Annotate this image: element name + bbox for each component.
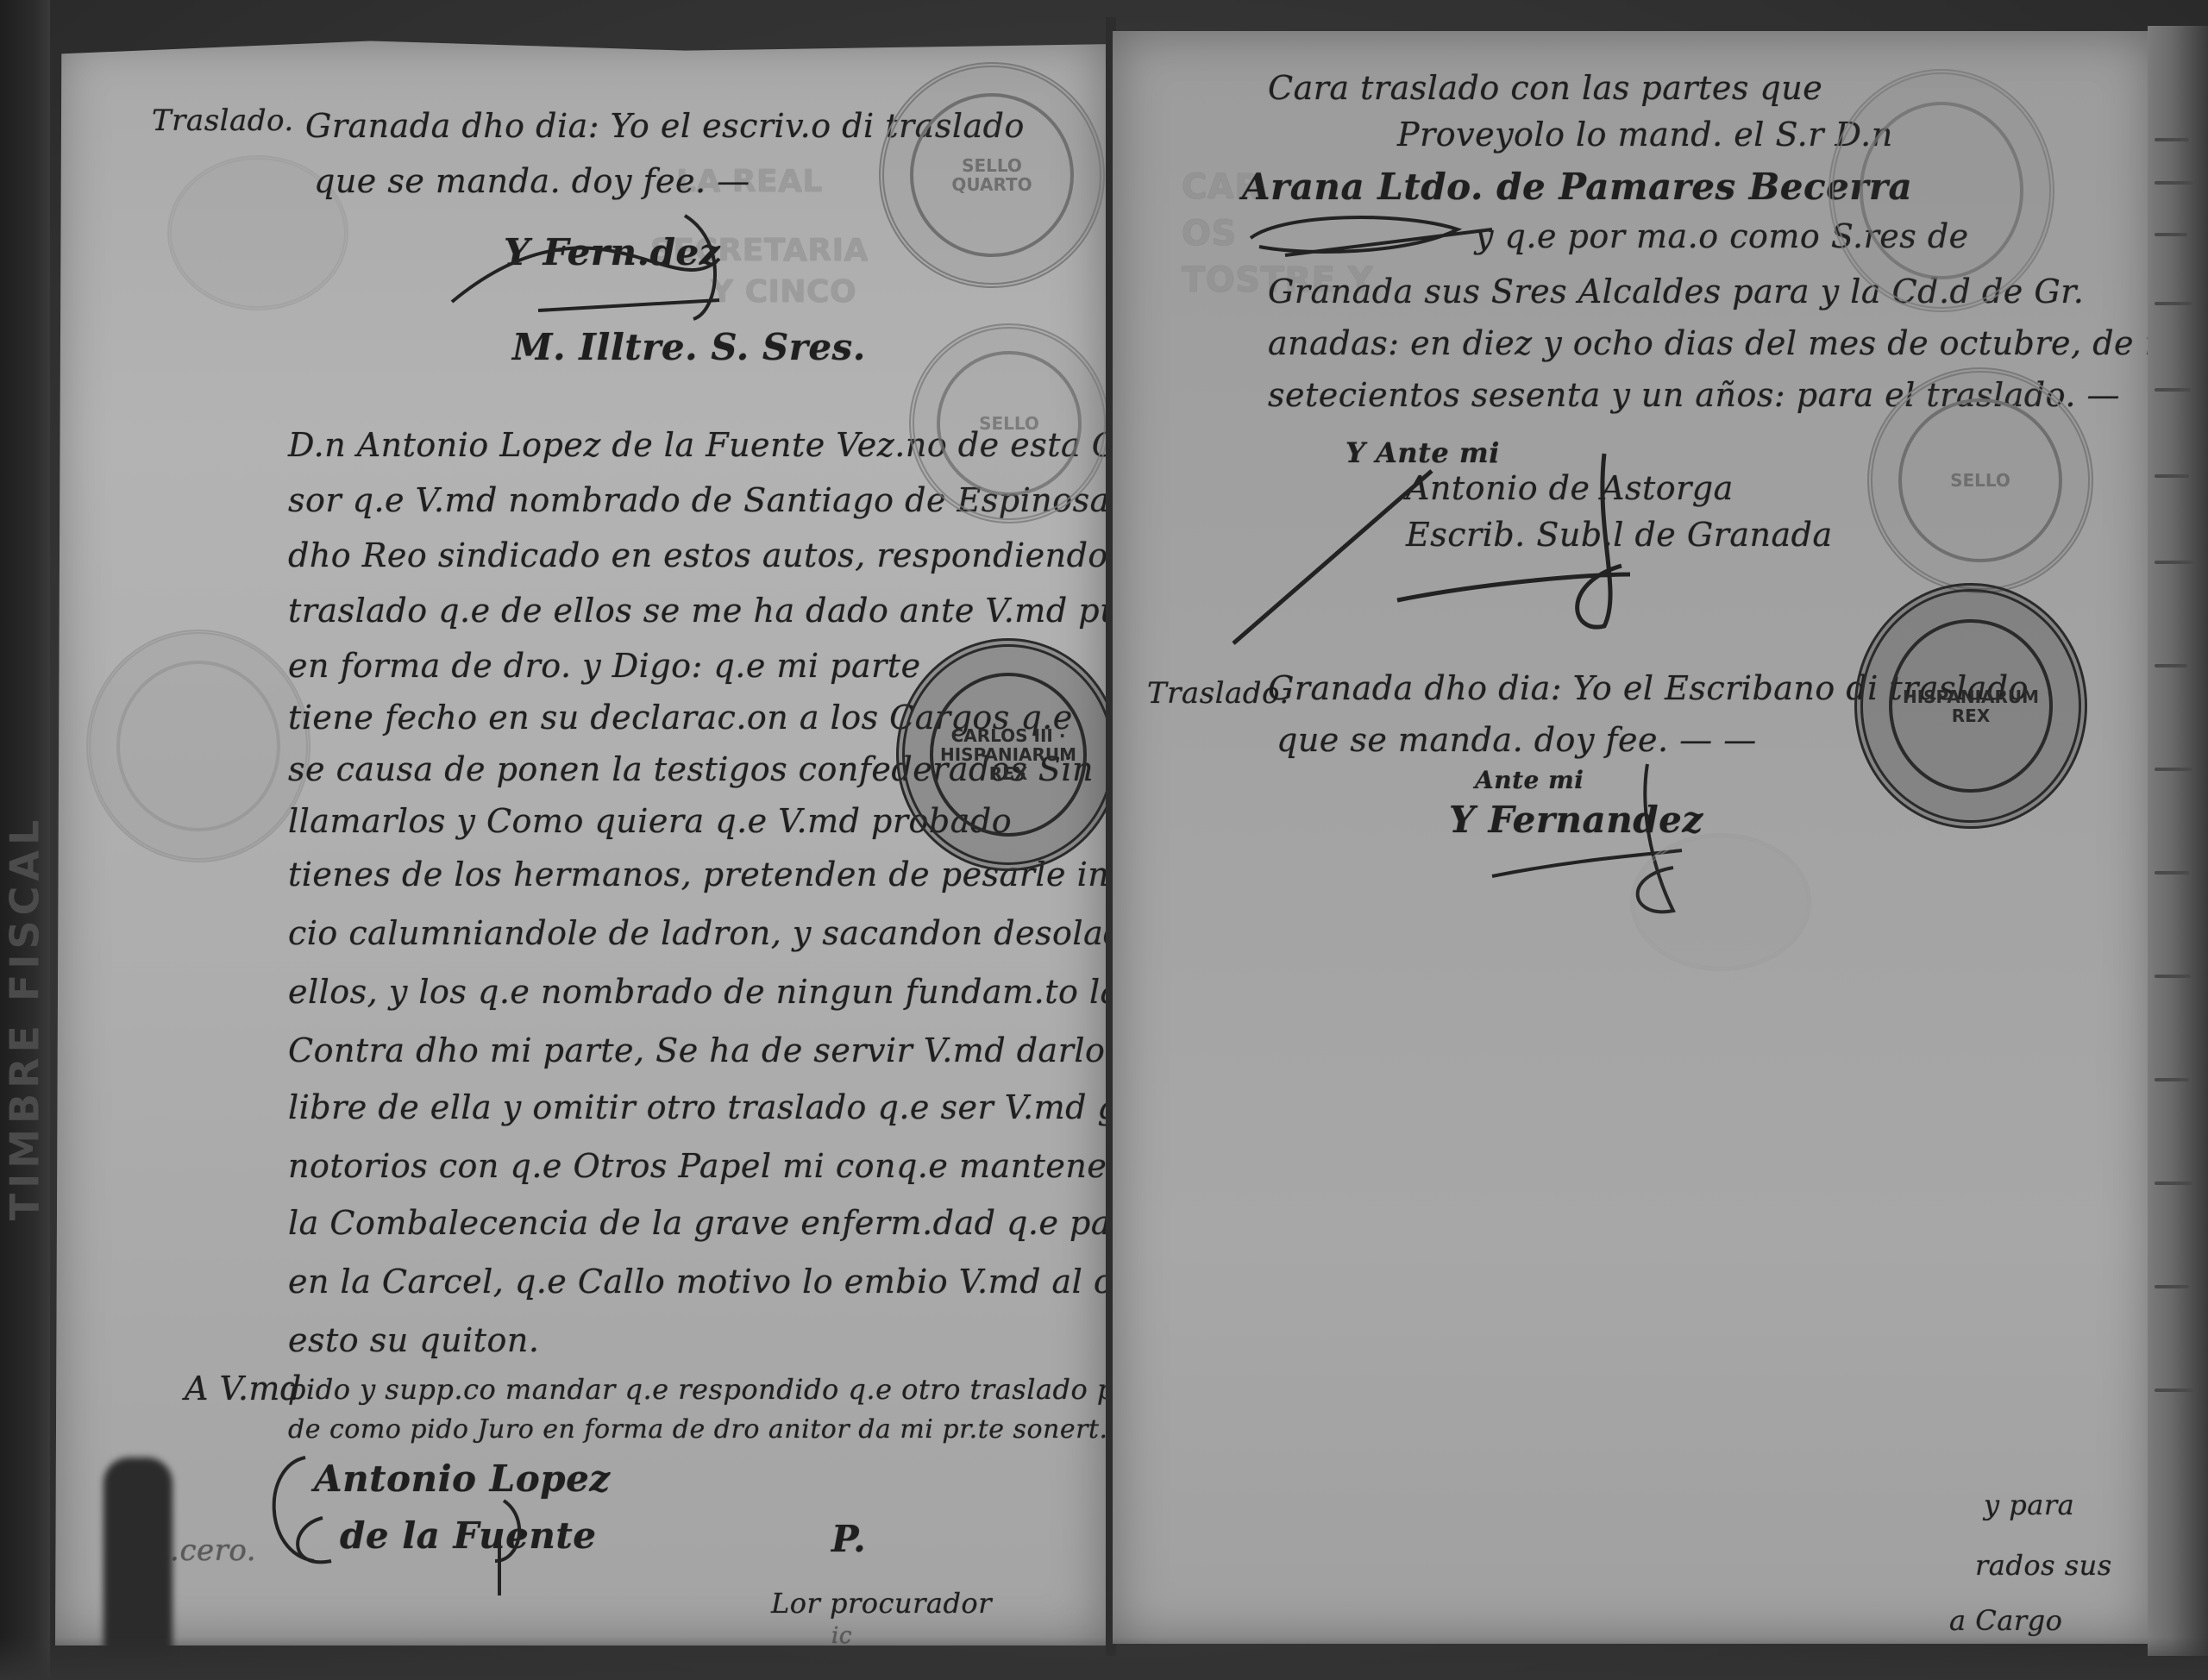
seal-ring bbox=[1898, 398, 2062, 562]
seal-ring bbox=[116, 661, 280, 831]
closing-line: de como pido Juro en forma de dro anitor… bbox=[288, 1414, 1106, 1445]
ghost-seal-stamp bbox=[86, 630, 310, 862]
spine-label: TIMBRE FISCAL bbox=[3, 707, 45, 1328]
body-line: notorios con q.e Otros Papel mi conq.e m… bbox=[288, 1147, 1106, 1185]
seal-ring bbox=[937, 351, 1081, 495]
seal-stamp-royal: HISPANIARUM REX bbox=[1854, 583, 2087, 829]
page-edge-line bbox=[2155, 871, 2189, 874]
body-line: traslado q.e de ellos se me ha dado ante… bbox=[288, 592, 1106, 630]
notice-line: que se manda. doy fee. — — bbox=[1276, 721, 1757, 759]
page-edge-line bbox=[2155, 1182, 2192, 1185]
seal-stamp bbox=[1828, 69, 2054, 312]
top-line: anadas: en diez y ocho dias del mes de o… bbox=[1268, 324, 2153, 362]
body-line: cio calumniandole de ladron, y sacandon … bbox=[288, 914, 1106, 952]
bottom-line: Lor procurador bbox=[771, 1587, 992, 1620]
page-edge-line bbox=[2155, 1389, 2194, 1392]
page-edge-line bbox=[2155, 138, 2189, 141]
bleed-through-text: OS bbox=[1182, 214, 1237, 254]
binding-spine: TIMBRE FISCAL bbox=[0, 0, 50, 1680]
seal-ring bbox=[930, 673, 1087, 837]
seal-ring bbox=[910, 93, 1074, 257]
body-line: en forma de dro. y Digo: q.e mi parte bbox=[288, 647, 921, 685]
body-line: Contra dho mi parte, Se ha de servir V.m… bbox=[288, 1031, 1106, 1069]
body-line: dho Reo sindicado en estos autos, respon… bbox=[288, 536, 1106, 574]
seal-stamp: SELLO bbox=[1867, 367, 2093, 593]
bottom-right-line: rados sus bbox=[1975, 1549, 2112, 1582]
closing-margin: A V.md bbox=[185, 1370, 302, 1407]
notice-signature-line: Y Fernandez bbox=[1449, 799, 1703, 841]
seal-stamp-sello-quarto: SELLO QUARTO bbox=[879, 62, 1105, 288]
closing-line: pido y supp.co mandar q.e respondido q.e… bbox=[288, 1373, 1106, 1406]
signature-name: de la Fuente bbox=[340, 1514, 597, 1557]
body-line: esto su quiton. bbox=[288, 1321, 539, 1359]
binding-shadow bbox=[103, 1457, 172, 1656]
body-line: llamarlos y Como quiera q.e V.md probado bbox=[288, 802, 1012, 840]
header-signature: Y Fern.dez bbox=[504, 231, 720, 273]
volume-edge bbox=[2148, 26, 2208, 1656]
page-edge-line bbox=[2155, 181, 2194, 185]
page-edge-line bbox=[2155, 388, 2191, 392]
signature-name: Antonio Lopez bbox=[314, 1457, 611, 1500]
body-line: libre de ella y omitir otro traslado q.e… bbox=[288, 1088, 1106, 1126]
margin-note-traslado: Traslado. bbox=[152, 103, 294, 138]
page-edge-line bbox=[2155, 302, 2192, 305]
signature-line: Escrib. Sub.l de Granada bbox=[1406, 516, 1833, 554]
ghost-seal-stamp bbox=[1630, 833, 1811, 971]
page-edge-line bbox=[2155, 975, 2191, 978]
top-line: Proveyolo lo mand. el S.r D.n bbox=[1397, 116, 1893, 154]
seal-ring bbox=[1889, 619, 2053, 793]
body-line: en la Carcel, q.e Callo motivo lo embio … bbox=[288, 1263, 1106, 1301]
page-edge-line bbox=[2155, 1078, 2189, 1081]
signature-line: Y Ante mi bbox=[1345, 436, 1500, 469]
salutation: M. Illtre. S. Sres. bbox=[512, 326, 866, 368]
page-edge-line bbox=[2155, 664, 2187, 668]
notice-signature-line: Ante mi bbox=[1475, 766, 1584, 794]
seal-stamp: SELLO bbox=[909, 323, 1106, 523]
page-edge-line bbox=[2155, 233, 2187, 236]
header-line: que se manda. doy fee. — bbox=[314, 162, 750, 200]
body-line: la Combalecencia de la grave enferm.dad … bbox=[288, 1204, 1106, 1242]
bottom-right-line: a Cargo bbox=[1949, 1604, 2062, 1637]
top-line: Cara traslado con las partes que bbox=[1268, 69, 1822, 107]
right-page: CAR OS TOSTRE Y Cara traslado con las pa… bbox=[1113, 31, 2153, 1644]
bleed-through-text: Y CINCO bbox=[711, 274, 856, 310]
bottom-right-line: y para bbox=[1984, 1489, 2074, 1521]
top-line: Arana Ltdo. de Pamares Becerra bbox=[1242, 166, 1912, 208]
seal-stamp-royal: CARLOS III · HISPANIARUM REX bbox=[896, 638, 1106, 871]
page-edge-line bbox=[2155, 474, 2189, 478]
page-edge-line bbox=[2155, 561, 2194, 564]
scan-bottom-edge bbox=[0, 1637, 2208, 1680]
page-edge-line bbox=[2155, 1285, 2189, 1288]
seal-ring bbox=[1860, 102, 2023, 279]
left-page: LA REAL SECRETARIA Y CINCO Traslado. Gra… bbox=[55, 34, 1106, 1646]
body-line: ellos, y los q.e nombrado de ningun fund… bbox=[288, 973, 1106, 1011]
signature-line: Antonio de Astorga bbox=[1406, 469, 1734, 507]
page-edge-line bbox=[2155, 768, 2192, 771]
bottom-initial: P. bbox=[831, 1518, 866, 1560]
